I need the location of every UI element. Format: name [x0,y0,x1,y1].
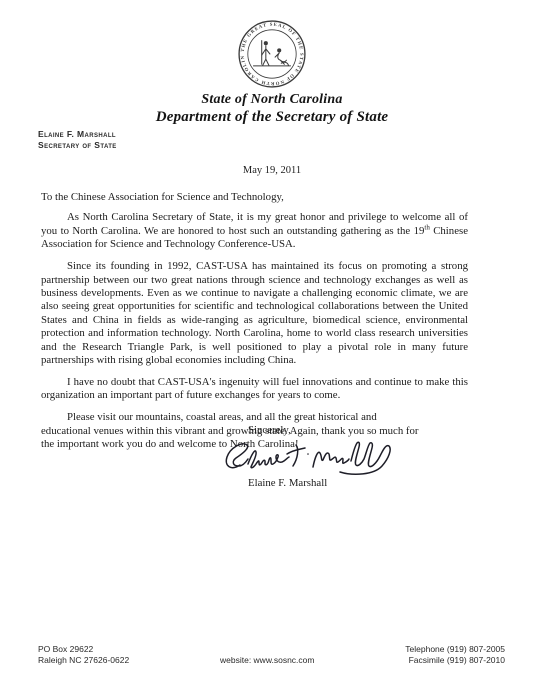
paragraph-1-text: As North Carolina Secretary of State, it… [41,211,468,236]
closing-block: Sincerely, Elaine F. Marshall [41,424,468,489]
paragraph-3: I have no doubt that CAST-USA's ingenuit… [41,376,468,403]
org-state-line: State of North Carolina [0,92,544,108]
signature-typed-name: Elaine F. Marshall [248,477,468,489]
nc-state-seal-icon: THE GREAT SEAL OF THE STATE OF NORTH CAR… [236,18,308,90]
signature-image [223,439,395,479]
paragraph-2: Since its founding in 1992, CAST-USA has… [41,260,468,367]
footer-website: website: www.sosnc.com [220,655,314,666]
paragraph-1: As North Carolina Secretary of State, it… [41,211,468,251]
letterhead-org: State of North Carolina Department of th… [0,92,544,126]
footer-telephone: Telephone (919) 807-2005 [405,644,505,655]
official-name: Elaine F. Marshall [38,129,117,140]
salutation: To the Chinese Association for Science a… [41,191,468,204]
footer-address-line2: Raleigh NC 27626-0622 [38,655,129,666]
footer-address: PO Box 29622 Raleigh NC 27626-0622 [38,644,129,666]
org-department-line: Department of the Secretary of State [0,108,544,126]
footer-facsimile: Facsimile (919) 807-2010 [405,655,505,666]
letter-body: To the Chinese Association for Science a… [41,191,468,460]
footer-address-line1: PO Box 29622 [38,644,129,655]
letter-footer: PO Box 29622 Raleigh NC 27626-0622 websi… [38,644,505,666]
letter-page: THE GREAT SEAL OF THE STATE OF NORTH CAR… [0,0,544,686]
official-block: Elaine F. Marshall Secretary of State [38,129,117,151]
closing-word: Sincerely, [248,424,468,436]
letter-date: May 19, 2011 [0,165,544,176]
seal-figures [253,41,290,66]
official-title: Secretary of State [38,140,117,151]
footer-phone-block: Telephone (919) 807-2005 Facsimile (919)… [405,644,505,666]
state-seal-emblem: THE GREAT SEAL OF THE STATE OF NORTH CAR… [0,18,544,90]
